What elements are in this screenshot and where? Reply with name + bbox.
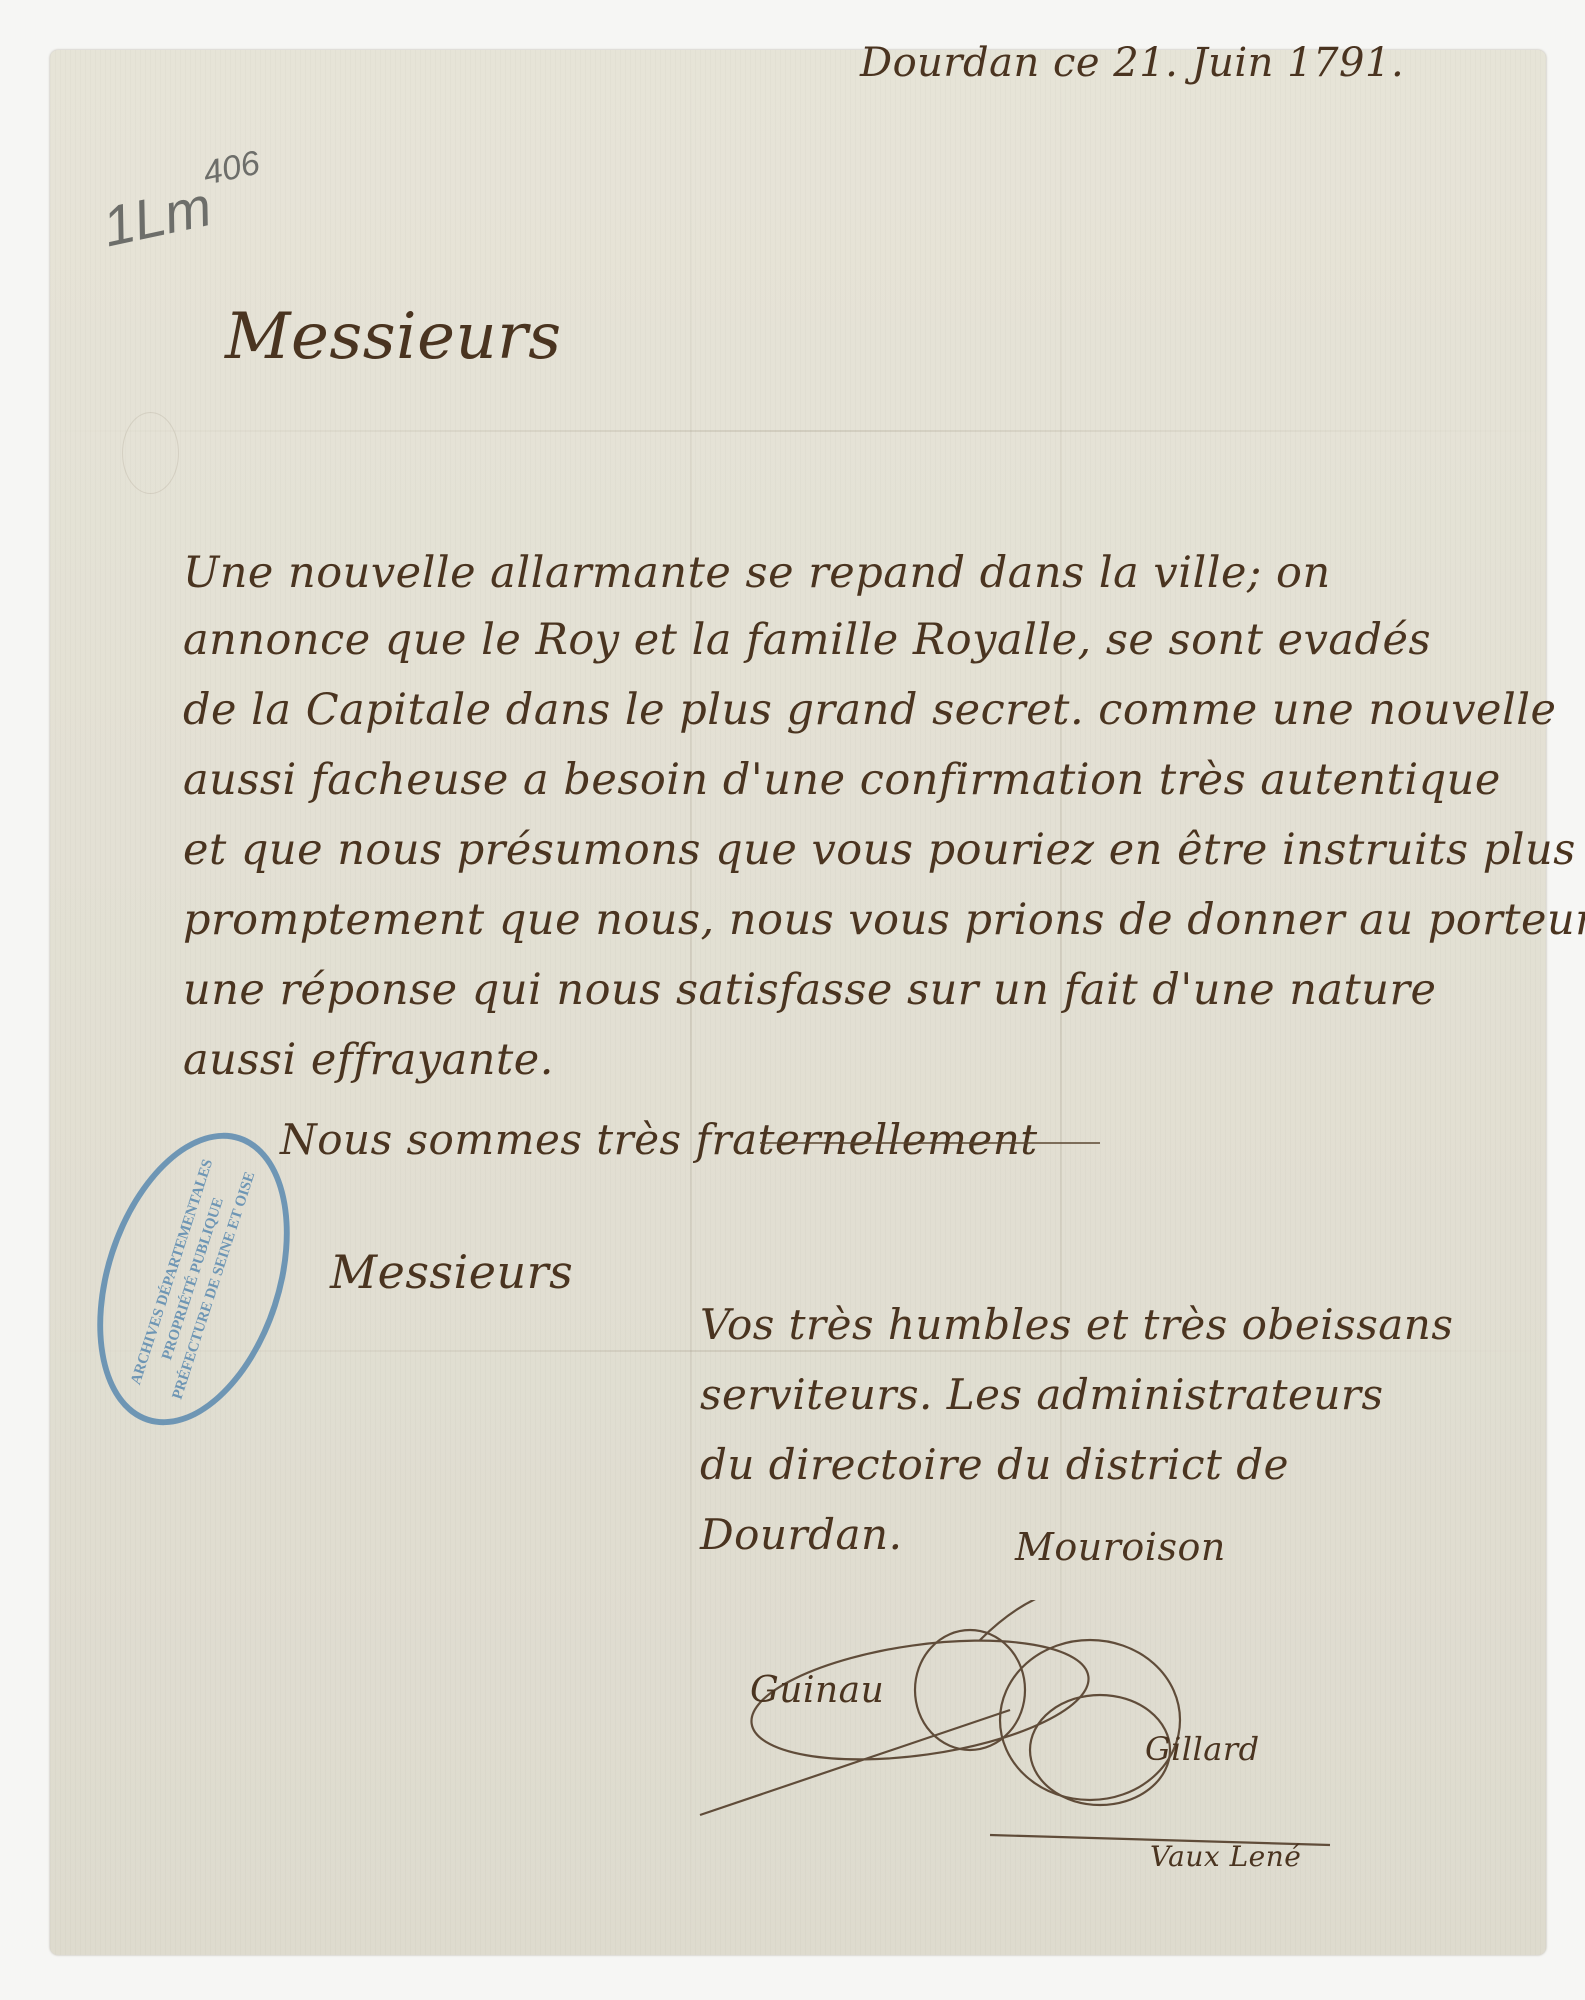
body-line: annonce que le Roy et la famille Royalle… [183, 615, 1431, 665]
fold-crease-horizontal [50, 1350, 1546, 1352]
sign-off-line: serviteurs. Les administrateurs [700, 1370, 1384, 1419]
signature: Mouroison [1015, 1525, 1226, 1569]
body-line: une réponse qui nous satisfasse sur un f… [183, 965, 1437, 1015]
body-line: aussi facheuse a besoin d'une confirmati… [183, 755, 1501, 805]
body-line: aussi effrayante. [183, 1035, 554, 1085]
salutation: Messieurs [225, 300, 562, 374]
sign-off-line: Dourdan. [700, 1510, 902, 1559]
faint-circle-mark [122, 412, 179, 494]
body-line: promptement que nous, nous vous prions d… [183, 895, 1585, 945]
body-line: et que nous présumons que vous pouriez e… [183, 825, 1576, 875]
closing-salutation: Messieurs [330, 1245, 573, 1299]
signature-flourishes [690, 1600, 1410, 1860]
fold-crease-horizontal [50, 430, 1546, 432]
sign-off-line: du directoire du district de [700, 1440, 1289, 1489]
body-line: de la Capitale dans le plus grand secret… [183, 685, 1556, 735]
sign-off-line: Vos très humbles et très obeissans [700, 1300, 1453, 1349]
dateline: Dourdan ce 21. Juin 1791. [860, 40, 1404, 86]
closing-phrase: Nous sommes très fraternellement [280, 1115, 1038, 1164]
flourish-line [760, 1142, 1100, 1144]
body-line: Une nouvelle allarmante se repand dans l… [183, 548, 1331, 598]
